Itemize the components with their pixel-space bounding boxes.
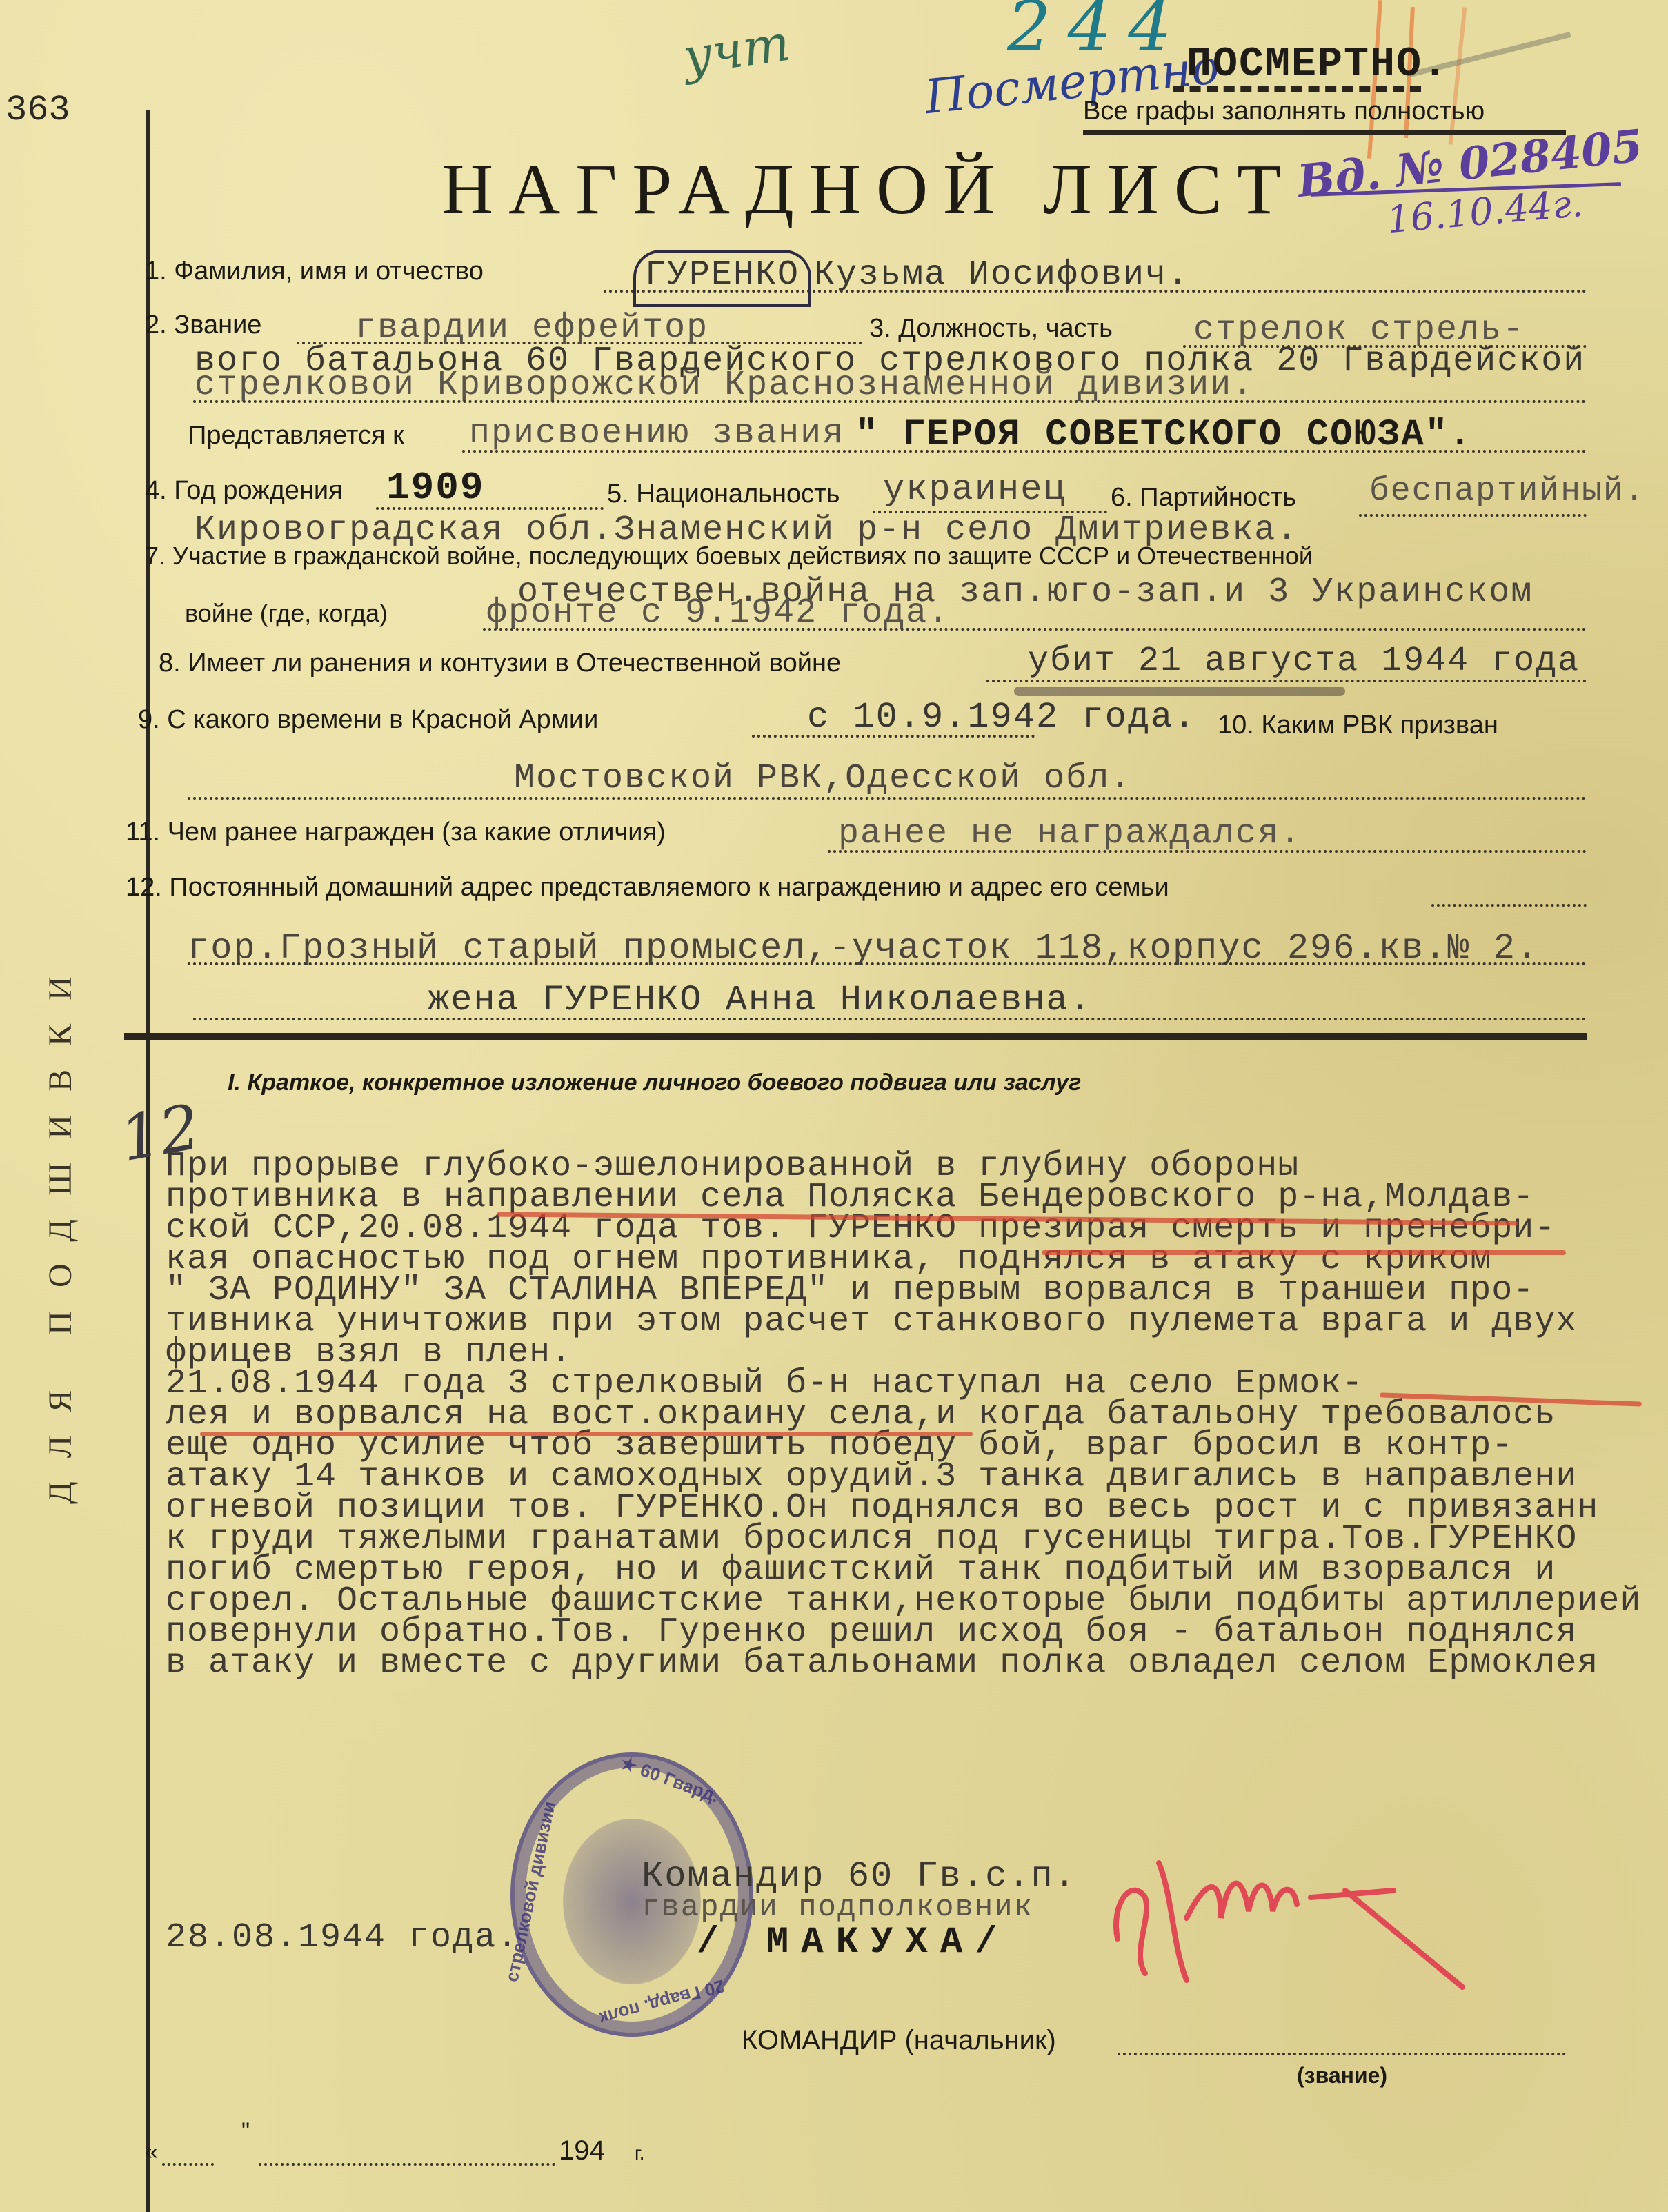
field-10-line [188,797,1587,800]
sheet-number: 363 [6,90,70,130]
nominated-value: присвоению звания [469,414,844,453]
field-4-line [376,507,604,510]
field-3-value-line3: стрелковой Криворожской Краснознаменной … [195,366,1254,405]
field-8-label: 8. Имеет ли ранения и контузии в Отечест… [159,649,841,678]
red-signature [1104,1835,1600,1994]
red-underline [1042,1250,1566,1255]
instruction-underline [1083,130,1566,135]
section-divider [124,1033,1587,1040]
signature-name: / МАКУХА/ [697,1922,1010,1964]
date-blank-suffix: г. [635,2142,645,2164]
instruction-text: Все графы заполнять полностью [1083,97,1485,126]
field-7-value-line2: фронте с 9.1942 года. [486,593,950,633]
field-6-label: 6. Партийность [1111,483,1296,513]
field-4-value: 1909 [386,466,484,510]
binding-margin-label: ДЛЯ ПОДШИВКИ [41,953,79,1504]
nominated-label: Представляется к [188,421,404,451]
field-10-label: 10. Каким РВК призван [1218,711,1498,740]
posthumous-stamp: ПОСМЕРТНО. [1187,41,1449,88]
field-9-line [752,735,1035,738]
field-2-label: 2. Звание [145,310,261,340]
field-3-line-2 [193,400,1587,403]
field-8-smudge [1014,687,1345,696]
field-8-value: убит 21 августа 1944 года [1028,642,1580,681]
field-9-label: 9. С какого времени в Красной Армии [138,705,598,735]
commander-line [1118,2053,1566,2055]
field-7-label-line2: войне (где, когда) [185,599,388,628]
field-9-value: с 10.9.1942 года. [807,697,1197,738]
field-7-line [483,628,1587,631]
signature-rank: гвардии подполковник [642,1890,1033,1925]
page-title: НАГРАДНОЙ ЛИСТ [441,148,1296,230]
field-10-value: Мостовской РВК,Одесской обл. [514,759,1132,798]
nominated-line [462,450,1587,453]
commander-label: КОМАНДИР (начальник) [742,2025,1056,2056]
field-1-surname: ГУРЕНКО [645,255,800,295]
field-12-line-3 [193,1018,1587,1020]
date-blank-year: 194 [559,2135,605,2166]
field-12-line [1431,904,1587,907]
field-6-line [1359,514,1587,517]
field-5-value: украинец [883,469,1066,510]
field-11-line [828,850,1587,853]
field-1-label: 1. Фамилия, имя и отчество [145,257,484,286]
field-3-label: 3. Должность, часть [869,314,1113,344]
field-11-value: ранее не награждался. [838,814,1302,853]
stamp-bottom-text: 20 Гвард. полк [597,1975,727,2028]
date-blank-month [259,2163,555,2166]
rank-caption: (звание) [1297,2063,1387,2088]
field-12-value-line2: жена ГУРЕНКО Анна Николаевна. [428,980,1092,1020]
signature-date: 28.08.1944 года. [166,1918,519,1957]
field-12-line-2 [188,962,1587,965]
field-5-label: 5. Национальность [607,480,840,509]
field-1-value: Кузьма Иосифович. [814,255,1189,295]
narrative-line: в атаку и вместе с другими батальонами п… [166,1648,1598,1679]
field-4-label: 4. Год рождения [145,476,343,506]
date-blank-day [162,2163,214,2166]
red-underline [200,1432,973,1436]
date-blank-quote: " [241,2118,250,2145]
narrative-heading: I. Краткое, конкретное изложение личного… [228,1069,1081,1096]
field-11-label: 11. Чем ранее награжден (за какие отличи… [126,818,666,847]
date-blank-prefix: « [145,2139,158,2166]
field-12-label: 12. Постоянный домашний адрес представля… [126,873,1169,902]
field-7-label-line1: 7. Участие в гражданской войне, последую… [145,542,1313,571]
posthumous-underline [1173,86,1421,92]
field-6-value: беспартийный. [1369,473,1645,510]
stamp-top-text: ★ 60 Гвард. [617,1752,722,1807]
field-8-line [986,680,1587,682]
handwritten-note-ucht: учт [679,14,793,86]
